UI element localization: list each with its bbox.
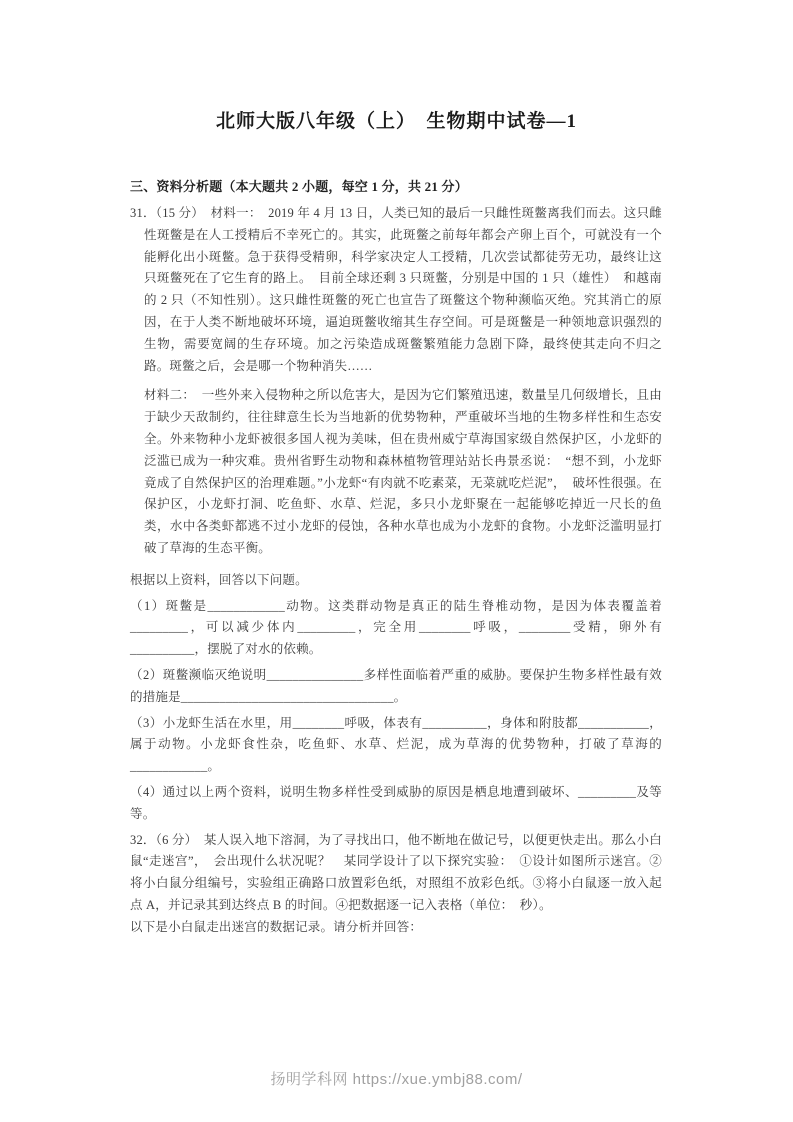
q31-subquestion-1: （1）斑鳖是____________动物。这类群动物是真正的陆生脊椎动物，是因为… <box>130 596 662 661</box>
q31-answer-prompt: 根据以上资料，回答以下问题。 <box>130 570 662 592</box>
watermark-footer: 扬明学科网 https://xue.ymbj88.com/ <box>0 1068 793 1089</box>
q31-subquestion-3: （3）小龙虾生活在水里，用________呼吸，体表有__________，身体… <box>130 713 662 778</box>
page-title: 北师大版八年级（上） 生物期中试卷—1 <box>0 0 793 136</box>
q32-analysis-prompt: 以下是小白鼠走出迷宫的数据记录。请分析并回答： <box>130 917 662 939</box>
section-heading: 三、资料分析题（本大题共 2 小题，每空 1 分，共 21 分） <box>130 176 662 198</box>
q32-stem-paragraph: 32．（6 分） 某人误入地下溶洞，为了寻找出口，他不断地在做记号，以便更快走出… <box>130 830 662 917</box>
q31-subquestion-2: （2）斑鳖濒临灭绝说明_______________多样性面临着严重的威胁。要保… <box>130 665 662 709</box>
q31-material1-paragraph: 31．（15 分） 材料一： 2019 年 4 月 13 日，人类已知的最后一只… <box>130 203 662 377</box>
q31-subquestion-4: （4）通过以上两个资料，说明生物多样性受到威胁的原因是栖息地遭到破坏、_____… <box>130 782 662 826</box>
exam-paper-page: 北师大版八年级（上） 生物期中试卷—1 三、资料分析题（本大题共 2 小题，每空… <box>0 0 793 1122</box>
q31-material2-paragraph: 材料二： 一些外来入侵物种之所以危害大，是因为它们繁殖迅速，数量呈几何级增长，且… <box>130 385 662 559</box>
exam-body: 三、资料分析题（本大题共 2 小题，每空 1 分，共 21 分） 31．（15 … <box>130 176 662 939</box>
